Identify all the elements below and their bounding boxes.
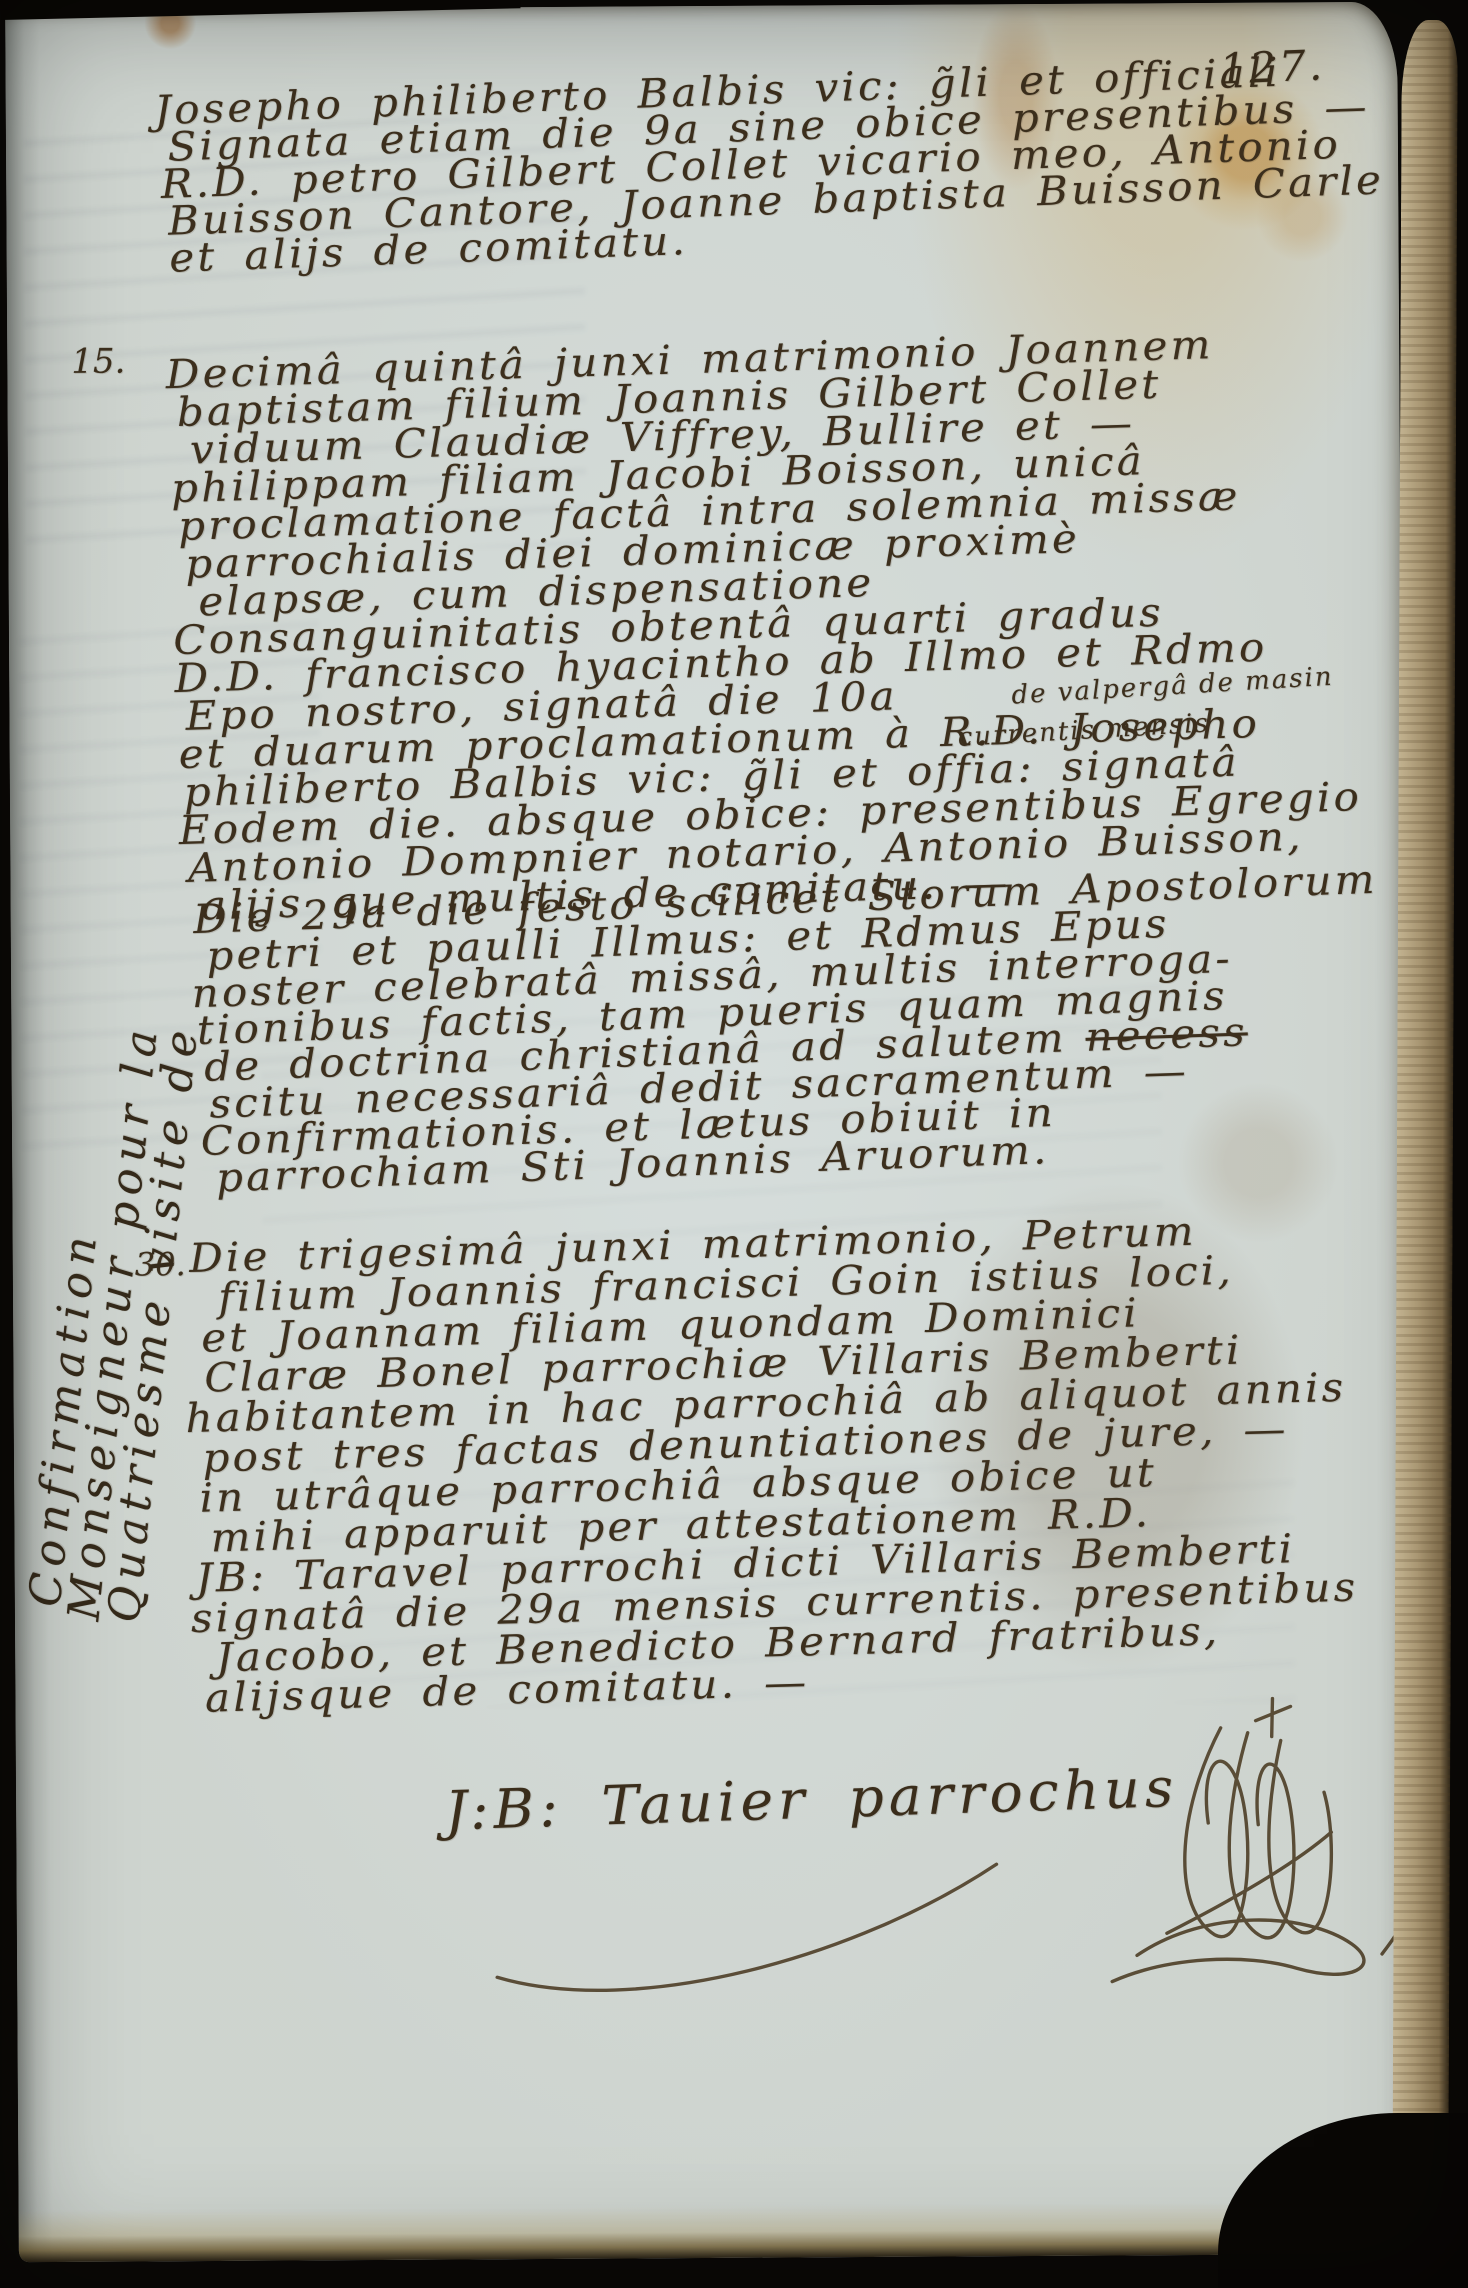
entry-record-1: Josepho philiberto Balbis vic: g̃li et o… [148,53,1328,278]
entry-record-2: Decimâ quintâ junxi matrimonio Joannem b… [165,325,1308,927]
photo-stage: 127. Josepho philiberto Balbis vic: g̃li… [0,0,1468,2288]
manuscript-page: 127. Josepho philiberto Balbis vic: g̃li… [5,2,1411,2262]
notarial-paraph [375,1691,1410,2028]
paraph-monogram [1110,1698,1364,1982]
entry-record-4: Die trigesimâ junxi matrimonio, Petrum f… [181,1211,1306,1721]
margin-day-number: 15. [71,342,125,382]
book-page-edges [1392,20,1458,2242]
signature-underline-flourish [496,1864,997,1991]
entry-record-3: Die 29a die festo scilicet Storum Aposto… [193,864,1331,1198]
